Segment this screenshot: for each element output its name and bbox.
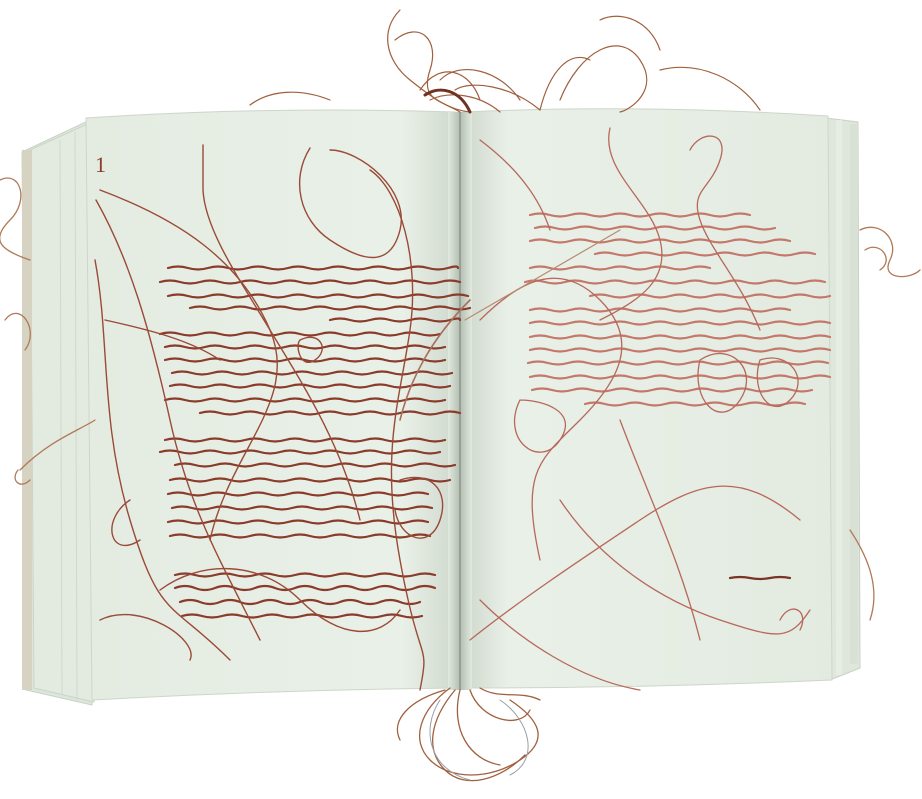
- book-photograph: 1: [0, 0, 922, 799]
- book-spine: [448, 112, 472, 690]
- page-number: 1: [95, 152, 106, 177]
- left-page-stack: [22, 120, 94, 705]
- left-page: [86, 110, 458, 700]
- right-page: [464, 109, 832, 688]
